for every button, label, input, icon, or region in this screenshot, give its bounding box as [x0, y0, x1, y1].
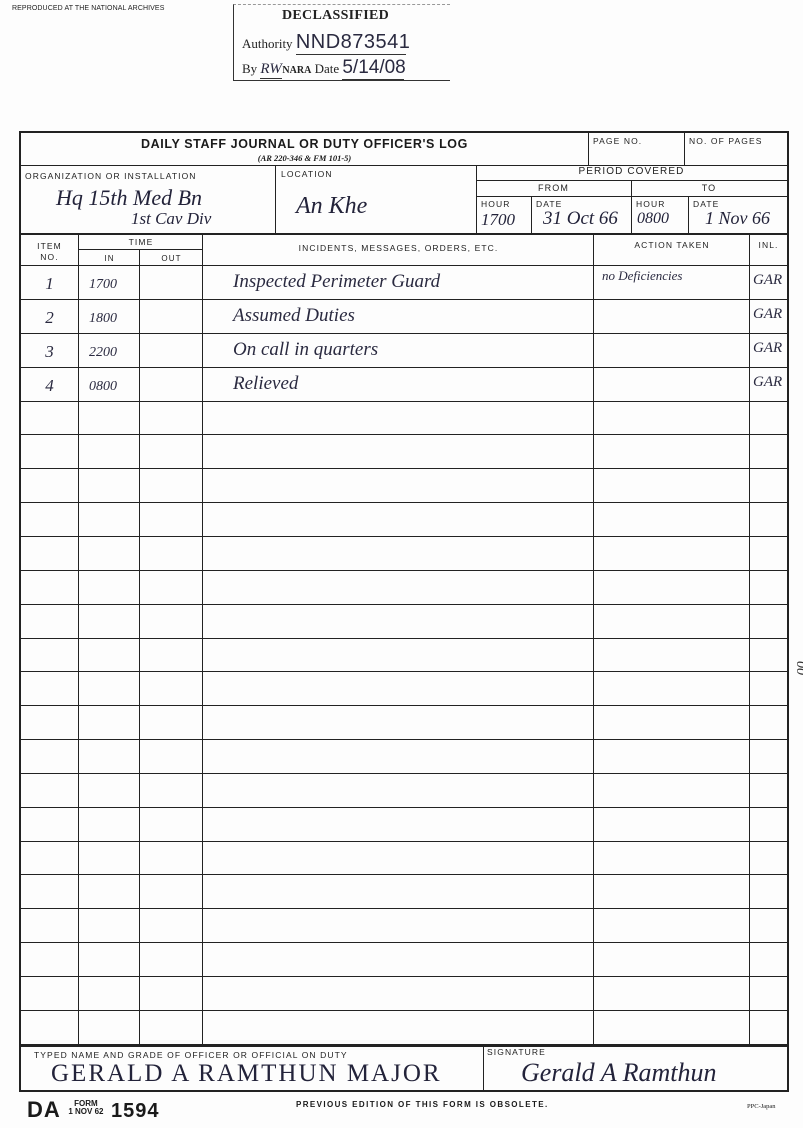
time-out-cell	[140, 435, 202, 468]
typed-name-label: TYPED NAME AND GRADE OF OFFICER OR OFFIC…	[34, 1050, 348, 1060]
time-in-cell: 0800	[79, 368, 139, 401]
item-no-cell	[21, 503, 78, 536]
action-taken-cell	[594, 334, 749, 367]
authority-label: Authority	[242, 36, 293, 51]
table-row: 32200On call in quartersGAR	[21, 334, 787, 368]
table-row	[21, 638, 787, 672]
time-in-cell	[79, 469, 139, 502]
duty-log-form: DAILY STAFF JOURNAL OR DUTY OFFICER'S LO…	[19, 131, 789, 1092]
time-out-cell	[140, 334, 202, 367]
incident-cell	[203, 977, 593, 1010]
time-out-cell	[140, 368, 202, 401]
action-taken-header: ACTION TAKEN	[594, 240, 750, 250]
item-no-cell	[21, 875, 78, 908]
organization-label: ORGANIZATION OR INSTALLATION	[25, 171, 197, 181]
item-no-cell	[21, 469, 78, 502]
location-value: An Khe	[296, 193, 367, 220]
incident-cell	[203, 740, 593, 773]
organization-line1: Hq 15th Med Bn	[56, 185, 202, 211]
to-hour-value: 0800	[637, 210, 669, 228]
time-in-cell	[79, 672, 139, 705]
action-taken-cell	[594, 537, 749, 570]
incident-cell	[203, 469, 593, 502]
table-row	[21, 672, 787, 706]
item-no-cell	[21, 401, 78, 434]
table-row	[21, 943, 787, 977]
item-no-header: ITEM NO.	[21, 241, 78, 263]
time-in-cell	[79, 571, 139, 604]
item-no-cell	[21, 537, 78, 570]
action-taken-cell	[594, 706, 749, 739]
initials-cell	[750, 537, 788, 570]
table-row	[21, 774, 787, 808]
stamp-title: DECLASSIFIED	[282, 8, 389, 24]
organization-line2: 1st Cav Div	[131, 209, 211, 229]
incident-cell	[203, 503, 593, 536]
item-no-cell	[21, 808, 78, 841]
initials-cell: GAR	[750, 266, 788, 299]
table-row	[21, 875, 787, 909]
item-no-cell	[21, 909, 78, 942]
incident-cell	[203, 909, 593, 942]
table-row	[21, 605, 787, 639]
time-out-cell	[140, 503, 202, 536]
initials-cell	[750, 435, 788, 468]
initials-cell	[750, 672, 788, 705]
time-in-cell	[79, 841, 139, 874]
time-out-cell	[140, 774, 202, 807]
initials-cell	[750, 401, 788, 434]
form-number: DA FORM1 NOV 62 1594	[27, 1097, 160, 1123]
time-header: TIME	[79, 237, 203, 247]
time-in-cell	[79, 706, 139, 739]
time-out-header: OUT	[140, 254, 203, 263]
item-no-cell	[21, 943, 78, 976]
action-taken-cell	[594, 909, 749, 942]
action-taken-cell	[594, 469, 749, 502]
form-date: 1 NOV 62	[68, 1107, 103, 1116]
time-in-cell	[79, 977, 139, 1010]
time-out-cell	[140, 808, 202, 841]
from-hour-value: 1700	[481, 210, 515, 230]
archive-header: REPRODUCED AT THE NATIONAL ARCHIVES	[12, 5, 164, 12]
time-in-cell	[79, 1011, 139, 1044]
table-row	[21, 537, 787, 571]
printer-mark: PPC-Japan	[747, 1103, 776, 1110]
item-no-cell: 4	[21, 368, 78, 401]
time-out-cell	[140, 469, 202, 502]
item-no-cell	[21, 435, 78, 468]
action-taken-cell	[594, 740, 749, 773]
initials-cell: GAR	[750, 300, 788, 333]
signature-value: Gerald A Ramthun	[521, 1058, 716, 1088]
time-in-cell	[79, 740, 139, 773]
page-no-label: PAGE NO.	[593, 136, 642, 146]
to-date-value: 1 Nov 66	[705, 208, 770, 229]
inl-header: INL.	[750, 240, 787, 250]
time-in-cell	[79, 401, 139, 434]
initials-cell	[750, 875, 788, 908]
incident-cell	[203, 774, 593, 807]
time-in-header: IN	[79, 254, 140, 263]
initials-cell	[750, 706, 788, 739]
stamp-authority-line: Authority NND873541	[242, 31, 406, 55]
time-out-cell	[140, 300, 202, 333]
action-taken-cell	[594, 977, 749, 1010]
time-out-cell	[140, 977, 202, 1010]
item-no-cell: 1	[21, 266, 78, 299]
item-no-cell	[21, 571, 78, 604]
action-taken-cell	[594, 875, 749, 908]
previous-edition-note: PREVIOUS EDITION OF THIS FORM IS OBSOLET…	[296, 1100, 549, 1109]
incident-cell	[203, 571, 593, 604]
item-no-cell: 2	[21, 300, 78, 333]
action-taken-cell	[594, 571, 749, 604]
time-in-cell	[79, 808, 139, 841]
declassified-stamp: DECLASSIFIED Authority NND873541 By RWNA…	[233, 4, 450, 81]
from-hour-label: HOUR	[481, 199, 510, 209]
time-out-cell	[140, 605, 202, 638]
period-covered-label: PERIOD COVERED	[476, 166, 787, 177]
item-no-cell	[21, 841, 78, 874]
form-number-value: 1594	[111, 1100, 160, 1122]
table-row: 11700Inspected Perimeter Guardno Deficie…	[21, 266, 787, 300]
incident-cell: Assumed Duties	[203, 300, 593, 333]
time-in-cell	[79, 875, 139, 908]
initials-cell	[750, 571, 788, 604]
action-taken-cell: no Deficiencies	[594, 266, 749, 299]
initials-cell	[750, 943, 788, 976]
item-no-cell	[21, 638, 78, 671]
form-prefix: DA	[27, 1097, 61, 1122]
initials-cell: GAR	[750, 368, 788, 401]
table-row	[21, 841, 787, 875]
initials-cell: GAR	[750, 334, 788, 367]
to-hour-label: HOUR	[636, 199, 665, 209]
action-taken-cell	[594, 435, 749, 468]
time-in-cell	[79, 638, 139, 671]
action-taken-cell	[594, 368, 749, 401]
action-taken-cell	[594, 943, 749, 976]
incident-cell	[203, 943, 593, 976]
table-row	[21, 401, 787, 435]
time-out-cell	[140, 266, 202, 299]
initials-cell	[750, 774, 788, 807]
time-in-cell	[79, 774, 139, 807]
by-initials: RW	[260, 61, 282, 79]
incident-cell: Inspected Perimeter Guard	[203, 266, 593, 299]
initials-cell	[750, 977, 788, 1010]
signature-label: SIGNATURE	[487, 1047, 546, 1057]
action-taken-cell	[594, 841, 749, 874]
initials-cell	[750, 808, 788, 841]
table-row	[21, 1011, 787, 1045]
time-in-cell: 1800	[79, 300, 139, 333]
by-label: By	[242, 61, 257, 76]
stamp-date-value: 5/14/08	[342, 57, 404, 80]
form-subtitle: (AR 220-346 & FM 101-5)	[21, 153, 588, 163]
time-out-cell	[140, 672, 202, 705]
form-title: DAILY STAFF JOURNAL OR DUTY OFFICER'S LO…	[21, 137, 588, 151]
incident-cell	[203, 808, 593, 841]
incident-cell	[203, 605, 593, 638]
initials-cell	[750, 740, 788, 773]
time-out-cell	[140, 909, 202, 942]
action-taken-cell	[594, 300, 749, 333]
item-no-cell	[21, 1011, 78, 1044]
time-out-cell	[140, 841, 202, 874]
incident-cell: Relieved	[203, 368, 593, 401]
time-out-cell	[140, 706, 202, 739]
item-no-cell	[21, 706, 78, 739]
item-no-cell: 3	[21, 334, 78, 367]
incident-cell	[203, 638, 593, 671]
item-no-cell	[21, 977, 78, 1010]
item-no-cell	[21, 605, 78, 638]
incident-cell	[203, 672, 593, 705]
table-row	[21, 469, 787, 503]
action-taken-cell	[594, 638, 749, 671]
action-taken-cell	[594, 503, 749, 536]
time-out-cell	[140, 943, 202, 976]
action-taken-cell	[594, 672, 749, 705]
initials-cell	[750, 469, 788, 502]
from-date-value: 31 Oct 66	[543, 208, 618, 230]
table-row	[21, 435, 787, 469]
from-label: FROM	[476, 183, 631, 193]
initials-cell	[750, 638, 788, 671]
time-out-cell	[140, 740, 202, 773]
item-no-cell	[21, 774, 78, 807]
table-row: 21800Assumed DutiesGAR	[21, 300, 787, 334]
time-out-cell	[140, 638, 202, 671]
time-out-cell	[140, 401, 202, 434]
action-taken-cell	[594, 808, 749, 841]
time-out-cell	[140, 1011, 202, 1044]
action-taken-cell	[594, 401, 749, 434]
incident-cell	[203, 841, 593, 874]
time-in-cell	[79, 537, 139, 570]
action-taken-cell	[594, 774, 749, 807]
initials-cell	[750, 503, 788, 536]
time-in-cell: 2200	[79, 334, 139, 367]
incident-cell	[203, 1011, 593, 1044]
form-label-block: FORM1 NOV 62	[68, 1100, 103, 1116]
table-row	[21, 706, 787, 740]
incident-cell	[203, 706, 593, 739]
table-row	[21, 740, 787, 774]
table-row	[21, 909, 787, 943]
no-of-pages-label: NO. OF PAGES	[689, 136, 763, 146]
initials-cell	[750, 909, 788, 942]
stamp-date-label: Date	[315, 61, 340, 76]
item-no-cell	[21, 672, 78, 705]
margin-annotation: 00	[792, 661, 803, 675]
to-label: TO	[631, 183, 787, 193]
incident-cell	[203, 435, 593, 468]
stamp-by-line: By RWNARA Date 5/14/08	[242, 57, 404, 80]
time-out-cell	[140, 571, 202, 604]
table-row	[21, 571, 787, 605]
item-no-cell	[21, 740, 78, 773]
table-row: 40800RelievedGAR	[21, 368, 787, 402]
incident-cell	[203, 875, 593, 908]
action-taken-cell	[594, 1011, 749, 1044]
time-in-cell	[79, 503, 139, 536]
incident-cell: On call in quarters	[203, 334, 593, 367]
nara-label: NARA	[282, 65, 311, 76]
action-taken-cell	[594, 605, 749, 638]
initials-cell	[750, 605, 788, 638]
initials-cell	[750, 841, 788, 874]
location-label: LOCATION	[281, 169, 333, 179]
initials-cell	[750, 1011, 788, 1044]
incidents-header: INCIDENTS, MESSAGES, ORDERS, ETC.	[203, 243, 594, 253]
time-in-cell	[79, 943, 139, 976]
table-row	[21, 808, 787, 842]
table-row	[21, 503, 787, 537]
time-out-cell	[140, 537, 202, 570]
incident-cell	[203, 537, 593, 570]
time-in-cell	[79, 605, 139, 638]
typed-name-value: GERALD A RAMTHUN MAJOR	[51, 1060, 442, 1088]
time-in-cell	[79, 435, 139, 468]
time-in-cell	[79, 909, 139, 942]
authority-value: NND873541	[296, 31, 406, 55]
incident-cell	[203, 401, 593, 434]
time-out-cell	[140, 875, 202, 908]
table-row	[21, 977, 787, 1011]
time-in-cell: 1700	[79, 266, 139, 299]
